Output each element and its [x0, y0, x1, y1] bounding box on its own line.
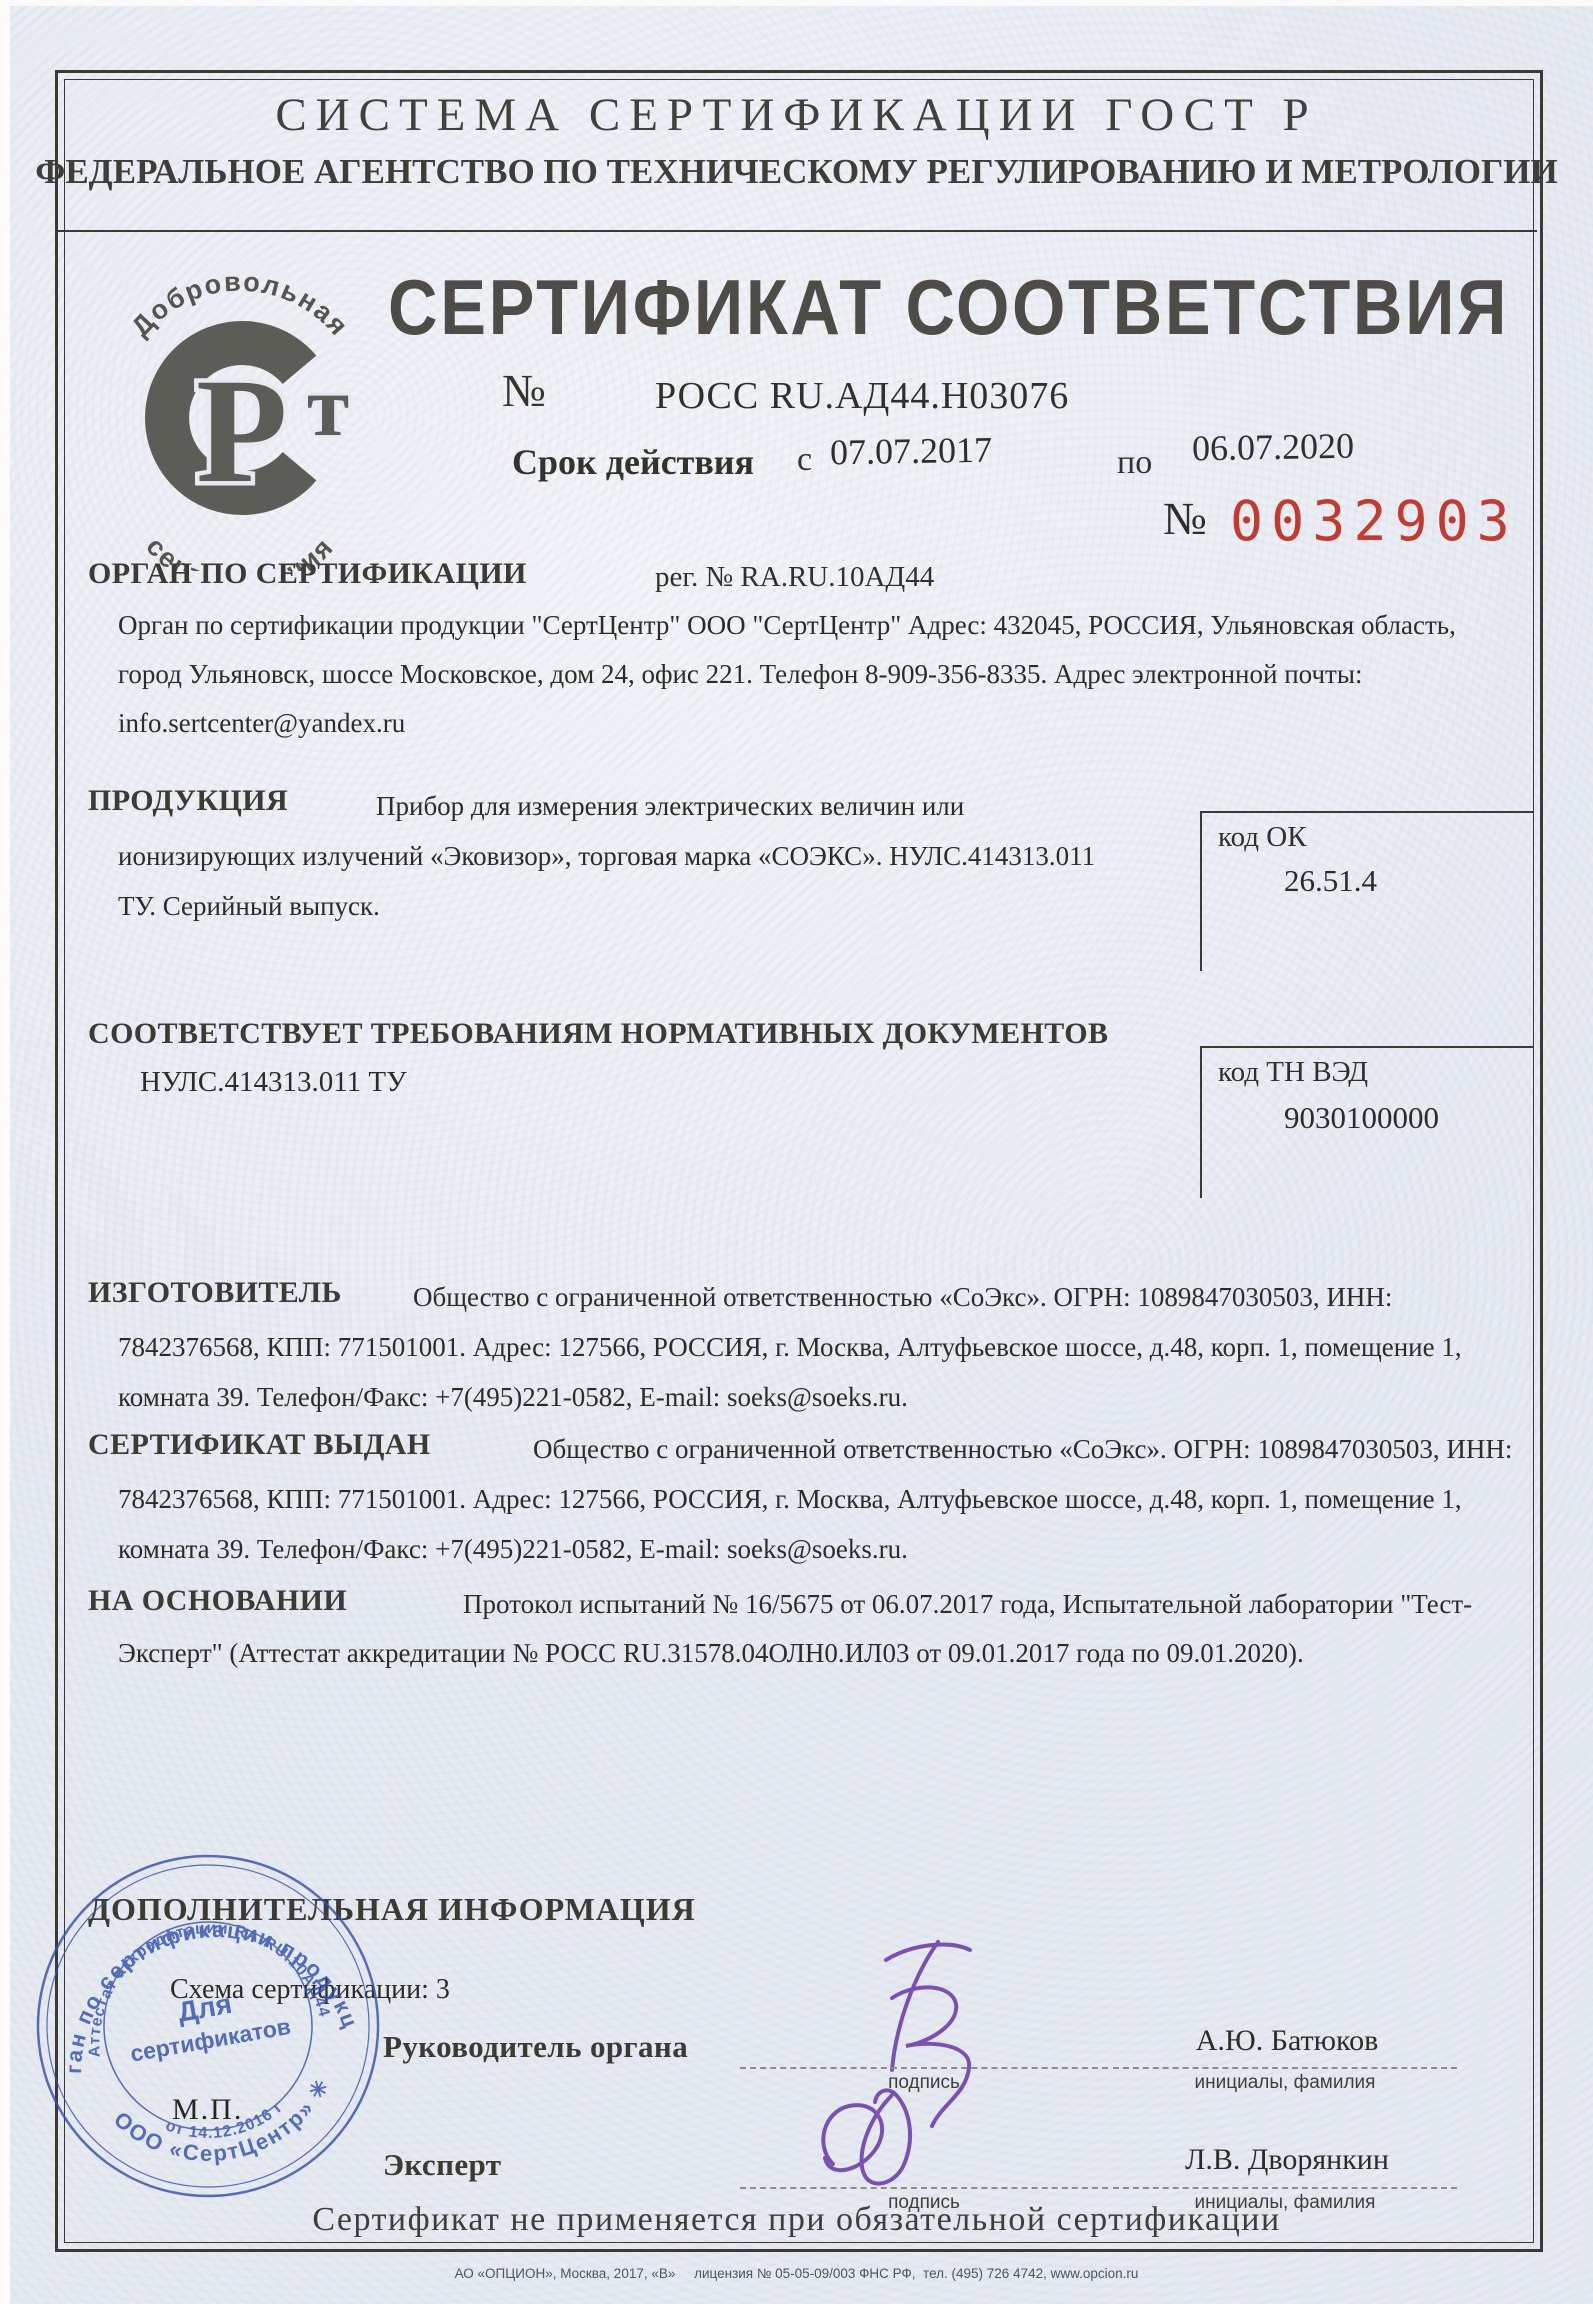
basis-text: Протокол испытаний № 16/5675 от 06.07.20…	[118, 1580, 1538, 1678]
head-role-label: Руководитель органа	[383, 2029, 688, 2065]
conformity-text: НУЛС.414313.011 ТУ	[140, 1066, 407, 1099]
expert-name: Л.В. Дворянкин	[1115, 2143, 1459, 2177]
section-label-conformity: СООТВЕТСТВУЕТ ТРЕБОВАНИЯМ НОРМАТИВНЫХ ДО…	[88, 1017, 1108, 1051]
rst-logo: Р т Добровольная сертификация	[92, 253, 387, 571]
issued-to-text: Общество с ограниченной ответственностью…	[118, 1424, 1538, 1574]
expert-role-label: Эксперт	[383, 2147, 501, 2183]
expert-signature-line	[740, 2187, 1108, 2189]
validity-to-label: по	[1117, 444, 1152, 482]
tnved-code-box: код ТН ВЭД 9030100000	[1200, 1046, 1534, 1198]
ok-code-label: код ОК	[1218, 821, 1307, 854]
cert-number-value: РОСС RU.АД44.Н03076	[655, 374, 1069, 418]
cert-number-symbol: №	[502, 364, 546, 417]
logo-letter-r: Р	[196, 348, 288, 514]
certification-body-text: Орган по сертификации продукции "СертЦен…	[118, 601, 1538, 748]
validity-label: Срок действия	[512, 441, 754, 483]
form-number-symbol: №	[1163, 492, 1207, 545]
tnved-code-label: код ТН ВЭД	[1218, 1056, 1368, 1089]
expert-name-line	[1113, 2187, 1457, 2189]
head-name-caption: инициалы, фамилия	[1113, 2072, 1457, 2094]
certificate-page: СИСТЕМА СЕРТИФИКАЦИИ ГОСТ Р ФЕДЕРАЛЬНОЕ …	[0, 0, 1593, 2304]
form-number-value: 0032903	[1230, 489, 1518, 553]
header-divider	[58, 230, 1537, 232]
expert-signature-ink	[795, 2066, 960, 2196]
header-system-line: СИСТЕМА СЕРТИФИКАЦИИ ГОСТ Р	[0, 88, 1593, 142]
tnved-code-value: 9030100000	[1284, 1100, 1439, 1136]
validity-from-date: 07.07.2017	[830, 429, 993, 474]
product-text: Прибор для измерения электрических велич…	[118, 781, 1198, 931]
header-agency-line: ФЕДЕРАЛЬНОЕ АГЕНТСТВО ПО ТЕХНИЧЕСКОМУ РЕ…	[0, 152, 1593, 192]
section-label-certification-body: ОРГАН ПО СЕРТИФИКАЦИИ	[88, 557, 527, 591]
head-name-line	[1113, 2067, 1457, 2069]
ok-code-box: код ОК 26.51.4	[1200, 811, 1534, 971]
validity-from-label: с	[797, 441, 812, 479]
printer-imprint: АО «ОПЦИОН», Москва, 2017, «В» лицензия …	[0, 2266, 1593, 2281]
mandatory-certification-note: Сертификат не применяется при обязательн…	[0, 2201, 1593, 2239]
stamp-center-line1: Для	[175, 1988, 234, 2028]
manufacturer-text: Общество с ограниченной ответственностью…	[118, 1272, 1538, 1422]
head-name: А.Ю. Батюков	[1115, 2024, 1459, 2058]
certification-body-stamp: Орган по сертификации продукции ООО «Сер…	[18, 1831, 402, 2225]
certification-body-reg-number: рег. № RA.RU.10АД44	[655, 561, 934, 594]
validity-to-date: 06.07.2020	[1192, 425, 1355, 470]
mp-seal-mark: М.П.	[172, 2093, 243, 2127]
certificate-title: СЕРТИФИКАТ СООТВЕТСТВИЯ	[388, 262, 1509, 353]
ok-code-value: 26.51.4	[1284, 863, 1377, 899]
logo-letter-t: т	[307, 358, 349, 454]
